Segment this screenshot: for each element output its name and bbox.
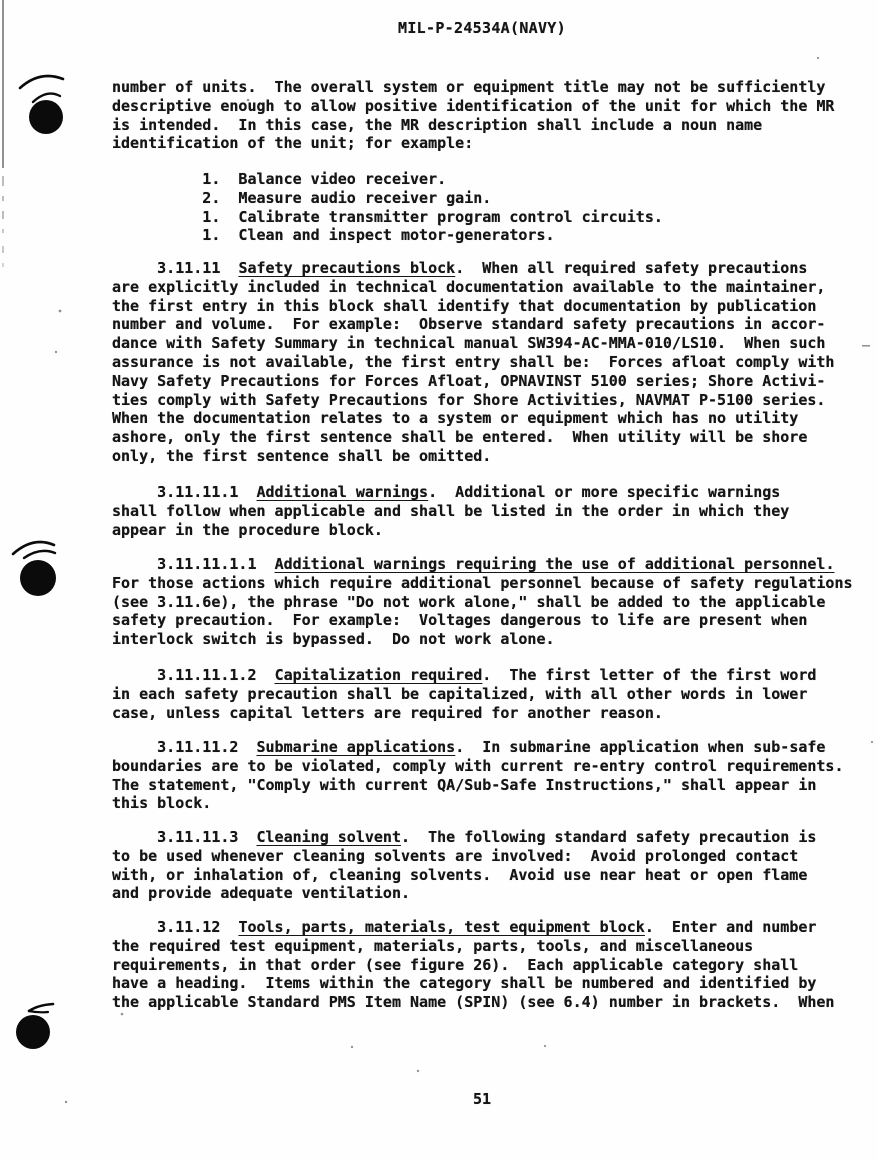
underlined-heading-text: Additional warnings [257, 483, 429, 501]
text-line: and provide adequate ventilation. [112, 884, 816, 903]
text-segment: (see 3.11.6e), the phrase "Do not work a… [112, 593, 825, 611]
text-segment: 2. Measure audio receiver gain. [112, 189, 491, 207]
text-segment: . Additional or more specific warnings [428, 483, 780, 501]
text-line: identification of the unit; for example: [112, 134, 834, 153]
underlined-heading-text: Tools, parts, materials, test equipment … [238, 918, 644, 936]
text-segment: . When all required safety precautions [455, 259, 807, 277]
text-segment: shall follow when applicable and shall b… [112, 502, 789, 520]
text-segment: 3.11.11.1.2 [112, 666, 275, 684]
text-line: 3.11.11.1 Additional warnings. Additiona… [112, 483, 789, 502]
text-segment: 3.11.11.2 [112, 738, 257, 756]
text-body: number of units. The overall system or e… [0, 0, 878, 1160]
text-segment: 3.11.11 [112, 259, 238, 277]
text-segment: The statement, "Comply with current QA/S… [112, 776, 816, 794]
paragraph-section-3-11-11-1-2: 3.11.11.1.2 Capitalization required. The… [112, 666, 816, 722]
paragraph-intro-continuation: number of units. The overall system or e… [112, 78, 834, 153]
text-segment: requirements, in that order (see figure … [112, 956, 798, 974]
text-line: 3.11.11.1.2 Capitalization required. The… [112, 666, 816, 685]
underlined-heading-text: Cleaning solvent [257, 828, 402, 846]
text-line: the applicable Standard PMS Item Name (S… [112, 993, 834, 1012]
text-segment: 3.11.11.1 [112, 483, 257, 501]
text-line: shall follow when applicable and shall b… [112, 502, 789, 521]
text-line: interlock switch is bypassed. Do not wor… [112, 630, 853, 649]
text-segment: dance with Safety Summary in technical m… [112, 334, 825, 352]
text-segment: number of units. The overall system or e… [112, 78, 825, 96]
text-segment: the applicable Standard PMS Item Name (S… [112, 993, 834, 1011]
text-segment: . Enter and number [645, 918, 817, 936]
text-segment: are explicitly included in technical doc… [112, 278, 825, 296]
text-line: When the documentation relates to a syst… [112, 409, 834, 428]
text-segment: Navy Safety Precautions for Forces Afloa… [112, 372, 825, 390]
text-line: appear in the procedure block. [112, 521, 789, 540]
text-segment: with, or inhalation of, cleaning solvent… [112, 866, 807, 884]
text-line: are explicitly included in technical doc… [112, 278, 834, 297]
text-segment: this block. [112, 794, 211, 812]
text-line: boundaries are to be violated, comply wi… [112, 757, 844, 776]
text-line: 3.11.11 Safety precautions block. When a… [112, 259, 834, 278]
paragraph-section-3-11-11-1: 3.11.11.1 Additional warnings. Additiona… [112, 483, 789, 539]
text-line: in each safety precaution shall be capit… [112, 685, 816, 704]
paragraph-section-3-11-11: 3.11.11 Safety precautions block. When a… [112, 259, 834, 466]
text-segment: in each safety precaution shall be capit… [112, 685, 807, 703]
text-line: 3.11.11.3 Cleaning solvent. The followin… [112, 828, 816, 847]
paragraph-section-3-11-11-1-1: 3.11.11.1.1 Additional warnings requirin… [112, 555, 853, 649]
text-line: is intended. In this case, the MR descri… [112, 116, 834, 135]
text-line: requirements, in that order (see figure … [112, 956, 834, 975]
text-line: assurance is not available, the first en… [112, 353, 834, 372]
text-line: with, or inhalation of, cleaning solvent… [112, 866, 816, 885]
text-segment: case, unless capital letters are require… [112, 704, 663, 722]
page-number: 51 [112, 1090, 852, 1108]
text-line: have a heading. Items within the categor… [112, 974, 834, 993]
text-line: number and volume. For example: Observe … [112, 315, 834, 334]
text-segment: ashore, only the first sentence shall be… [112, 428, 807, 446]
text-segment: to be used whenever cleaning solvents ar… [112, 847, 798, 865]
text-segment: the first entry in this block shall iden… [112, 297, 816, 315]
text-line: case, unless capital letters are require… [112, 704, 816, 723]
text-segment: appear in the procedure block. [112, 521, 383, 539]
text-line: 3.11.11.1.1 Additional warnings requirin… [112, 555, 853, 574]
text-segment: and provide adequate ventilation. [112, 884, 410, 902]
text-line: dance with Safety Summary in technical m… [112, 334, 834, 353]
text-line: safety precaution. For example: Voltages… [112, 611, 853, 630]
text-line: (see 3.11.6e), the phrase "Do not work a… [112, 593, 853, 612]
text-segment: have a heading. Items within the categor… [112, 974, 816, 992]
text-segment: When the documentation relates to a syst… [112, 409, 798, 427]
text-line: 3.11.11.2 Submarine applications. In sub… [112, 738, 844, 757]
text-line: For those actions which require addition… [112, 574, 853, 593]
text-line: 1. Calibrate transmitter program control… [112, 208, 663, 227]
text-segment: . The following standard safety precauti… [401, 828, 816, 846]
text-segment: is intended. In this case, the MR descri… [112, 116, 762, 134]
text-line: number of units. The overall system or e… [112, 78, 834, 97]
scanned-document-page: MIL-P-24534A(NAVY) number of units. The … [0, 0, 878, 1160]
text-line: Navy Safety Precautions for Forces Afloa… [112, 372, 834, 391]
text-line: The statement, "Comply with current QA/S… [112, 776, 844, 795]
text-segment: boundaries are to be violated, comply wi… [112, 757, 844, 775]
text-line: the first entry in this block shall iden… [112, 297, 834, 316]
text-line: only, the first sentence shall be omitte… [112, 447, 834, 466]
text-segment: identification of the unit; for example: [112, 134, 473, 152]
text-line: ashore, only the first sentence shall be… [112, 428, 834, 447]
text-segment: For those actions which require addition… [112, 574, 853, 592]
text-line: 2. Measure audio receiver gain. [112, 189, 663, 208]
text-segment: 1. Calibrate transmitter program control… [112, 208, 663, 226]
text-segment: 1. Balance video receiver. [112, 170, 446, 188]
paragraph-section-3-11-12: 3.11.12 Tools, parts, materials, test eq… [112, 918, 834, 1012]
text-line: 3.11.12 Tools, parts, materials, test eq… [112, 918, 834, 937]
text-line: descriptive enough to allow positive ide… [112, 97, 834, 116]
underlined-heading-text: Additional warnings requiring the use of… [275, 555, 835, 573]
text-line: this block. [112, 794, 844, 813]
text-segment: 3.11.12 [112, 918, 238, 936]
text-segment: the required test equipment, materials, … [112, 937, 753, 955]
text-segment: . The first letter of the first word [482, 666, 816, 684]
text-line: 1. Clean and inspect motor-generators. [112, 226, 663, 245]
text-line: ties comply with Safety Precautions for … [112, 391, 834, 410]
underlined-heading-text: Submarine applications [257, 738, 456, 756]
text-segment: 1. Clean and inspect motor-generators. [112, 226, 555, 244]
text-segment: 3.11.11.3 [112, 828, 257, 846]
text-segment: interlock switch is bypassed. Do not wor… [112, 630, 555, 648]
text-line: 1. Balance video receiver. [112, 170, 663, 189]
paragraph-example-list: 1. Balance video receiver. 2. Measure au… [112, 170, 663, 245]
text-line: to be used whenever cleaning solvents ar… [112, 847, 816, 866]
text-segment: assurance is not available, the first en… [112, 353, 834, 371]
text-segment: safety precaution. For example: Voltages… [112, 611, 807, 629]
text-segment: ties comply with Safety Precautions for … [112, 391, 825, 409]
text-segment: only, the first sentence shall be omitte… [112, 447, 491, 465]
text-segment: 3.11.11.1.1 [112, 555, 275, 573]
text-segment: . In submarine application when sub-safe [455, 738, 825, 756]
paragraph-section-3-11-11-3: 3.11.11.3 Cleaning solvent. The followin… [112, 828, 816, 903]
text-segment: number and volume. For example: Observe … [112, 315, 825, 333]
text-line: the required test equipment, materials, … [112, 937, 834, 956]
underlined-heading-text: Safety precautions block [238, 259, 455, 277]
paragraph-section-3-11-11-2: 3.11.11.2 Submarine applications. In sub… [112, 738, 844, 813]
underlined-heading-text: Capitalization required [275, 666, 483, 684]
text-segment: descriptive enough to allow positive ide… [112, 97, 834, 115]
